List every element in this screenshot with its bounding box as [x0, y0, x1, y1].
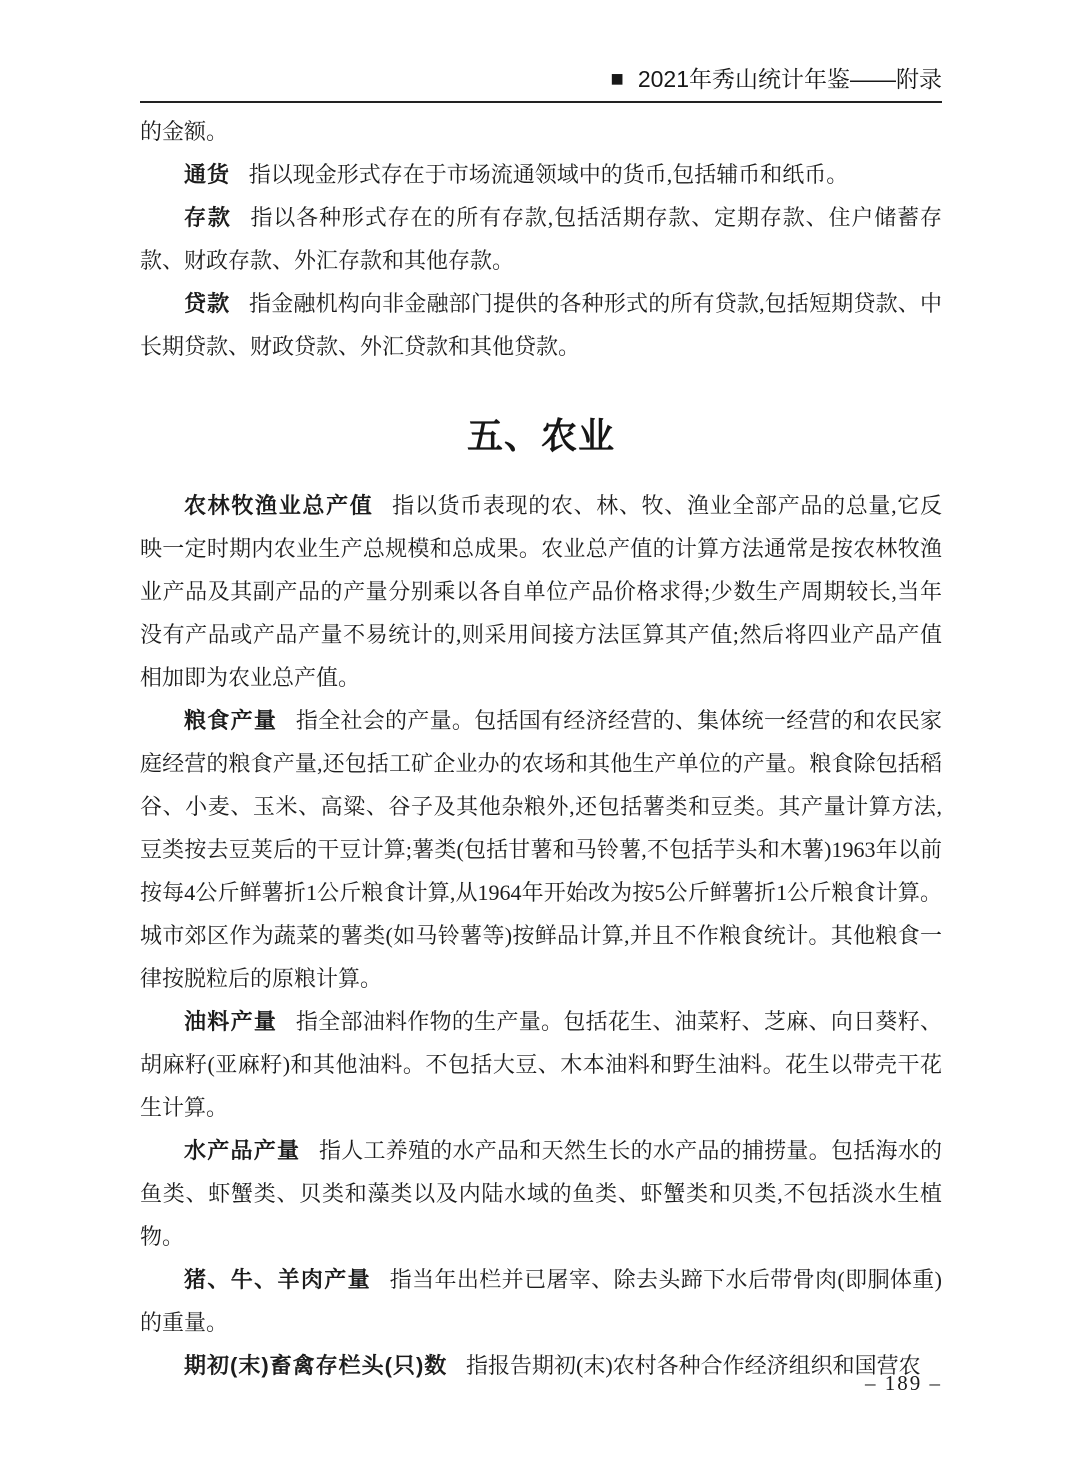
- paragraph-text: 指全社会的产量。包括国有经济经营的、集体统一经营的和农民家庭经营的粮食产量,还包…: [140, 708, 942, 991]
- paragraph-grain-output: 粮食产量指全社会的产量。包括国有经济经营的、集体统一经营的和农民家庭经营的粮食产…: [140, 699, 942, 1000]
- document-page: ■2021年秀山统计年鉴——附录 的金额。 通货指以现金形式存在于市场流通领域中…: [0, 0, 1074, 1458]
- paragraph-text: 指以货币表现的农、林、牧、渔业全部产品的总量,它反映一定时期内农业生产总规模和总…: [140, 493, 942, 690]
- paragraph-text: 指以各种形式存在的所有存款,包括活期存款、定期存款、住户储蓄存款、财政存款、外汇…: [140, 205, 942, 273]
- term-label: 期初(末)畜禽存栏头(只)数: [184, 1353, 447, 1378]
- paragraph-meat-output: 猪、牛、羊肉产量指当年出栏并已屠宰、除去头蹄下水后带骨肉(即胴体重)的重量。: [140, 1258, 942, 1344]
- page-number: – 189 –: [865, 1368, 942, 1398]
- term-label: 贷款: [184, 291, 230, 316]
- term-label: 油料产量: [184, 1009, 277, 1034]
- term-label: 猪、牛、羊肉产量: [184, 1267, 371, 1292]
- paragraph-text: 的金额。: [140, 119, 228, 144]
- paragraph-gross-output-value: 农林牧渔业总产值指以货币表现的农、林、牧、渔业全部产品的总量,它反映一定时期内农…: [140, 484, 942, 699]
- term-label: 通货: [184, 162, 230, 187]
- paragraph-oilseed-output: 油料产量指全部油料作物的生产量。包括花生、油菜籽、芝麻、向日葵籽、胡麻籽(亚麻籽…: [140, 1000, 942, 1129]
- paragraph-deposits: 存款指以各种形式存在的所有存款,包括活期存款、定期存款、住户储蓄存款、财政存款、…: [140, 196, 942, 282]
- paragraph-loans: 贷款指金融机构向非金融部门提供的各种形式的所有贷款,包括短期贷款、中长期贷款、财…: [140, 282, 942, 368]
- term-label: 水产品产量: [184, 1138, 300, 1163]
- term-label: 存款: [184, 205, 232, 230]
- paragraph-continuation: 的金额。: [140, 110, 942, 153]
- running-head-title: 2021年秀山统计年鉴——附录: [638, 66, 942, 92]
- paragraph-text: 指报告期初(末)农村各种合作经济组织和国营农: [466, 1353, 921, 1378]
- running-head: ■2021年秀山统计年鉴——附录: [140, 64, 942, 95]
- term-label: 农林牧渔业总产值: [184, 493, 373, 518]
- paragraph-text: 指以现金形式存在于市场流通领域中的货币,包括辅币和纸币。: [249, 162, 849, 187]
- header-rule: [140, 101, 942, 103]
- paragraph-currency: 通货指以现金形式存在于市场流通领域中的货币,包括辅币和纸币。: [140, 153, 942, 196]
- paragraph-text: 指金融机构向非金融部门提供的各种形式的所有贷款,包括短期贷款、中长期贷款、财政贷…: [140, 291, 942, 359]
- section-heading-agriculture: 五、农业: [140, 412, 942, 460]
- paragraph-aquatic-output: 水产品产量指人工养殖的水产品和天然生长的水产品的捕捞量。包括海水的鱼类、虾蟹类、…: [140, 1129, 942, 1258]
- term-label: 粮食产量: [184, 708, 277, 733]
- page-body: 的金额。 通货指以现金形式存在于市场流通领域中的货币,包括辅币和纸币。 存款指以…: [140, 110, 942, 1387]
- paragraph-livestock-inventory: 期初(末)畜禽存栏头(只)数指报告期初(末)农村各种合作经济组织和国营农: [140, 1344, 942, 1387]
- header-square-icon: ■: [611, 64, 624, 94]
